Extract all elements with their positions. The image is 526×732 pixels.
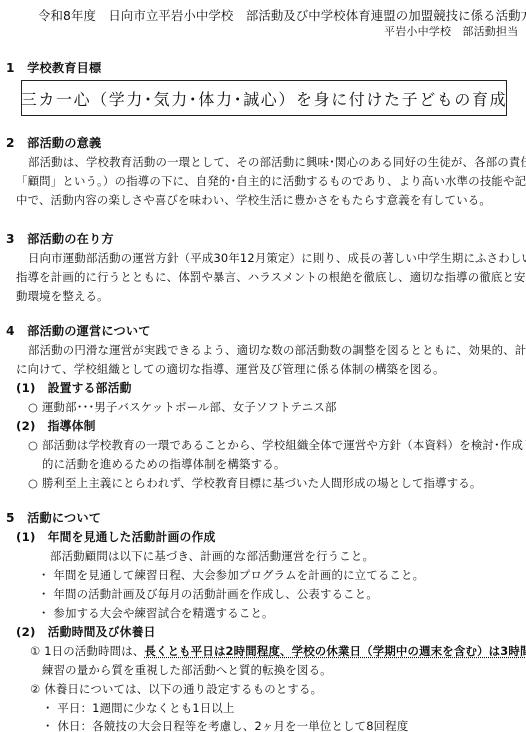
activity-time-item-1-line-1: ① 1日の活動時間は、長くとも平日は2時間程度、学校の休業日（学期中の週末を含む… xyxy=(30,644,526,658)
section-5-sub-2-heading: (2) 活動時間及び休養日 xyxy=(16,625,156,639)
section-2-heading: 2 部活動の意義 xyxy=(6,136,101,150)
section-2-line-2: 「顧問」という。）の指導の下に、自発的･自主的に活動するものであり、より高い水準… xyxy=(16,174,526,188)
section-4-line-1: 部活動の円滑な運営が実践できるよう、適切な数の部活動数の調整を図るとともに、効果… xyxy=(28,343,526,357)
guidance-item-1-line-2: 的に活動を進めるための指導体制を構築する。 xyxy=(42,457,285,471)
activity-time-prefix: ① 1日の活動時間は、 xyxy=(30,644,144,658)
activity-time-item-1-line-2: 練習の量から質を重視した部活動へと質的転換を図る。 xyxy=(42,663,332,677)
section-3-line-2: 指導を計画的に行うとともに、体罰や暴言、ハラスメントの根絶を徹底し、適切な指導の… xyxy=(16,270,526,284)
section-3-line-3: 動環境を整える。 xyxy=(16,289,109,303)
section-5-sub-1-heading: (1) 年間を見通した活動計画の作成 xyxy=(16,530,216,544)
school-goal-box: 三カ一心（学力･気力･体力･誠心）を身に付けた子どもの育成 xyxy=(21,80,507,116)
section-3-line-1: 日向市運動部活動の運営方針（平成30年12月策定）に則り、成長の著しい中学生期に… xyxy=(28,251,526,265)
section-4-line-2: に向けて、学校組織としての適切な指導、運営及び管理に係る体制の構築を図る。 xyxy=(16,362,445,376)
section-2-line-3: 中で、活動内容の楽しさや喜びを味わい、学校生活に豊かさをもたらす意義を有している… xyxy=(16,193,491,207)
school-goal-text: 三カ一心（学力･気力･体力･誠心）を身に付けた子どもの育成 xyxy=(21,87,507,110)
club-list-item: ○ 運動部･･･男子バスケットボール部、女子ソフトテニス部 xyxy=(28,400,337,414)
document-author: 平岩小中学校 部活動担当 xyxy=(384,25,518,39)
section-3-heading: 3 部活動の在り方 xyxy=(6,232,114,246)
rest-day-item: ② 休養日については、以下の通り設定するものとする。 xyxy=(30,682,322,696)
section-1-heading: 1 学校教育目標 xyxy=(6,61,101,75)
plan-item-1: ・ 年間を見通して練習日程、大会参加プログラムを計画的に立てること。 xyxy=(38,568,424,582)
rest-day-holiday: ・ 休日：各競技の大会日程等を考慮し、2ヶ月を一単位として8回程度 xyxy=(42,719,408,732)
plan-item-3: ・ 参加する大会や練習試合を精選すること。 xyxy=(38,606,274,620)
section-4-sub-2-heading: (2) 指導体制 xyxy=(16,419,96,433)
section-5-sub-1-intro: 部活動顧問は以下に基づき、計画的な部活動運営を行うこと。 xyxy=(50,549,374,563)
document-title: 令和8年度 日向市立平岩小中学校 部活動及び中学校体育連盟の加盟競技に係る活動方… xyxy=(38,9,526,23)
guidance-item-1-line-1: ○ 部活動は学校教育の一環であることから、学校組織全体で運営や方針（本資料）を検… xyxy=(28,438,526,452)
section-5-heading: 5 活動について xyxy=(6,511,101,525)
guidance-item-2: ○ 勝利至上主義にとらわれず、学校教育目標に基づいた人間形成の場として指導する。 xyxy=(28,476,482,490)
section-4-sub-1-heading: (1) 設置する部活動 xyxy=(16,381,132,395)
rest-day-weekday: ・ 平日：1週間に少なくとも1日以上 xyxy=(42,701,235,715)
activity-time-highlight: 長くとも平日は2時間程度、学校の休業日（学期中の週末を含む）は3時間程度 xyxy=(144,644,526,658)
section-2-line-1: 部活動は、学校教育活動の一環として、その部活動に興味･関心のある同好の生徒が、各… xyxy=(28,155,526,169)
section-4-heading: 4 部活動の運営について xyxy=(6,324,151,338)
document-page: 令和8年度 日向市立平岩小中学校 部活動及び中学校体育連盟の加盟競技に係る活動方… xyxy=(0,0,526,732)
plan-item-2: ・ 年間の活動計画及び毎月の活動計画を作成し、公表すること。 xyxy=(38,587,378,601)
